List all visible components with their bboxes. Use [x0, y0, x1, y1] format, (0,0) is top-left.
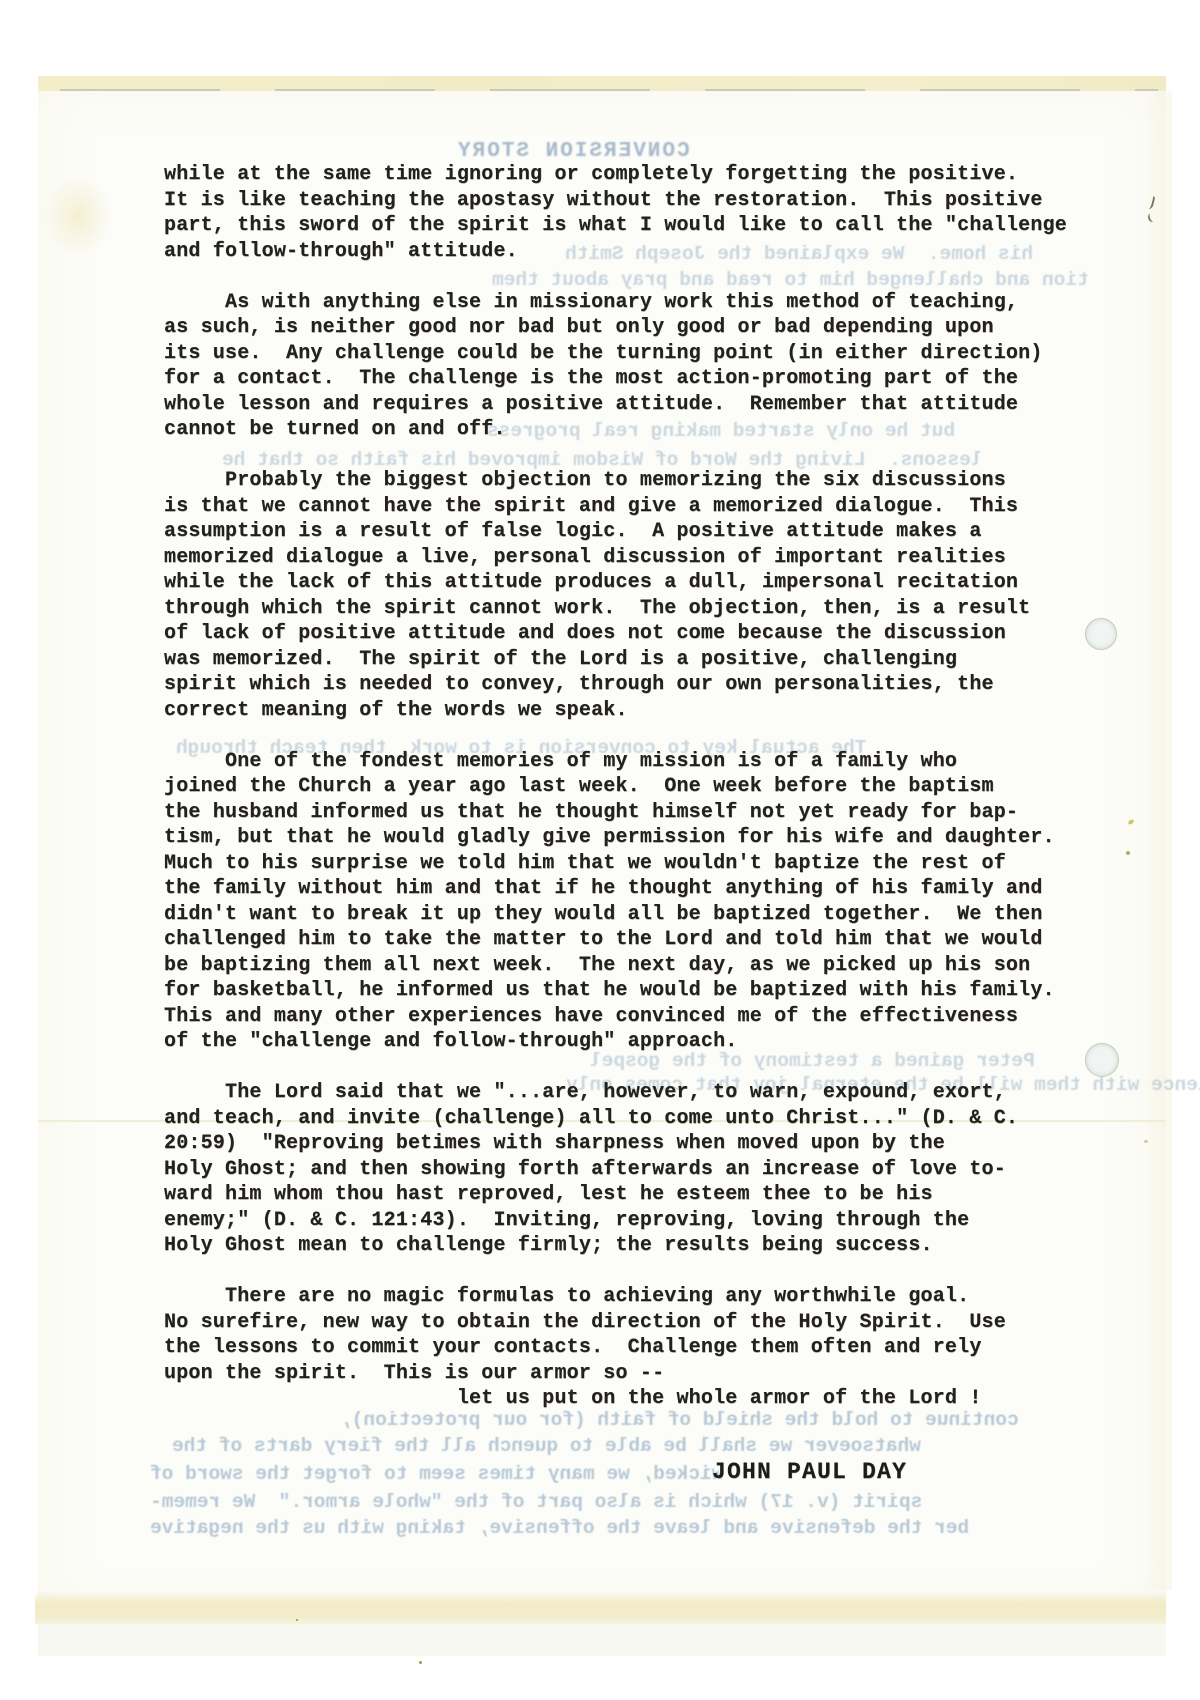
scanned-page: CONVERSION STORY his home. We explained … [0, 0, 1200, 1700]
paper-speck [1144, 1140, 1148, 1143]
bleed-through-title: CONVERSION STORY [456, 140, 690, 163]
paper-speck [296, 1619, 298, 1621]
scan-background-bottom [38, 1624, 1166, 1656]
paragraph: There are no magic formulas to achieving… [164, 1284, 1084, 1412]
paragraph: Probably the biggest objection to memori… [164, 468, 1084, 723]
hole-punch [1085, 1043, 1119, 1077]
signature: JOHN PAUL DAY [712, 1459, 907, 1485]
hole-punch [1085, 618, 1117, 650]
right-edge-tint [1144, 92, 1172, 1590]
paragraph: The Lord said that we "...are, however, … [164, 1080, 1084, 1259]
cream-stain [46, 176, 110, 256]
paragraph: One of the fondest memories of my missio… [164, 749, 1084, 1055]
page-top-edge-line [60, 89, 1158, 91]
paper-speck [1126, 851, 1130, 855]
scan-edge-bottom [35, 1591, 1166, 1624]
paper-speck [419, 1661, 422, 1664]
paragraph: As with anything else in missionary work… [164, 290, 1084, 443]
paragraph: while at the same time ignoring or compl… [164, 162, 1084, 264]
typewritten-body: while at the same time ignoring or compl… [164, 162, 1084, 1437]
